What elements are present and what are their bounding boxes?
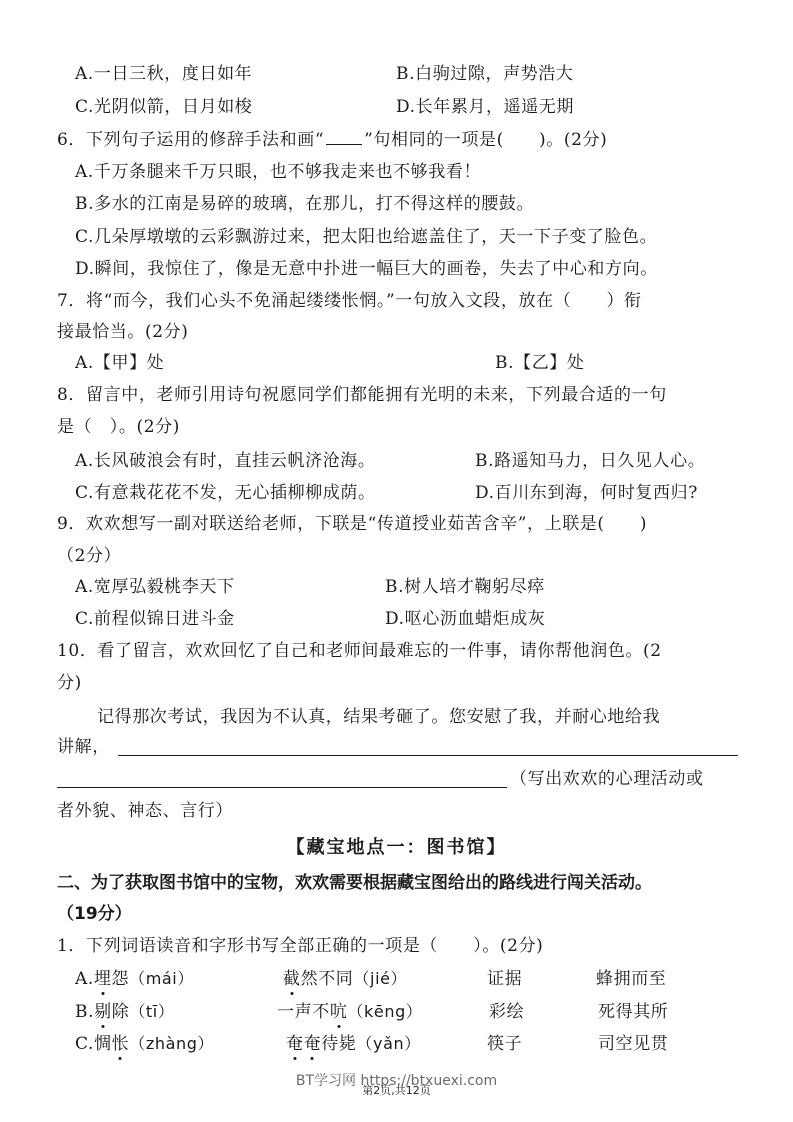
q5-option-c: C.光阴似箭，日月如梭 bbox=[75, 96, 252, 118]
q6-stem-after: ”句相同的一项是( )。(2分) bbox=[364, 130, 607, 150]
word-text: 除 bbox=[112, 1002, 130, 1022]
q5-option-d: D.长年累月，遥遥无期 bbox=[396, 96, 574, 118]
q6-option-a: A.千万条腿来千万只眼，也不够我走来也不够我看！ bbox=[75, 161, 481, 183]
q9-option-a: A.宽厚弘毅桃李天下 bbox=[75, 576, 235, 598]
q10-passage-line1: 记得那次考试，我因为不认真，结果考砸了。您安慰了我，并耐心地给我 bbox=[97, 706, 660, 728]
q9-stem-line2: （2分） bbox=[57, 545, 121, 567]
q6-option-c: C.几朵厚墩墩的云彩飘游过来，把太阳也给遮盖住了，天一下子变了脸色。 bbox=[75, 226, 657, 248]
q6-option-b: B.多水的江南是易碎的玻璃，在那儿，打不得这样的腰鼓。 bbox=[75, 193, 534, 215]
dotted-char: 剔 bbox=[94, 1001, 112, 1023]
section-heading-line2: （19分） bbox=[57, 903, 132, 925]
pinyin: （tī） bbox=[129, 1002, 174, 1021]
q9-stem-line1: 9．欢欢想写一副对联送给老师，下联是“传道授业茹苦含辛”，上联是( ) bbox=[57, 513, 647, 535]
s2q1-row-b-word1: B.剔除（tī） bbox=[75, 1001, 174, 1023]
q7-stem-line1: 7．将“而今，我们心头不免涌起缕缕怅惘。”一句放入文段，放在（ ）衔 bbox=[57, 290, 642, 312]
q8-stem-line1: 8．留言中，老师引用诗句祝愿同学们都能拥有光明的未来，下列最合适的一句 bbox=[57, 384, 667, 406]
s2q1-row-c-word2: 奄奄待毙（yǎn） bbox=[286, 1033, 421, 1055]
q8-option-c: C.有意栽花花不发，无心插柳柳成荫。 bbox=[75, 482, 376, 504]
s2q1-row-b-word4: 死得其所 bbox=[598, 1001, 668, 1023]
q8-option-b: B.路遥知马力，日久见人心。 bbox=[475, 450, 705, 472]
q8-stem-line2: 是（ ）。(2分) bbox=[57, 416, 180, 438]
option-label: A. bbox=[75, 969, 94, 989]
q10-stem-line1: 10．看了留言，欢欢回忆了自己和老师间最难忘的一件事，请你帮他润色。(2 bbox=[57, 640, 662, 662]
q7-stem-line2: 接最恰当。(2分) bbox=[57, 321, 188, 343]
dotted-char: 吭 bbox=[330, 1001, 348, 1023]
s2q1-row-c-word3: 筷子 bbox=[487, 1033, 522, 1055]
dotted-char: 截 bbox=[283, 968, 301, 990]
answer-blank-line-1[interactable] bbox=[118, 755, 738, 756]
dotted-char: 奄 bbox=[304, 1033, 322, 1055]
q8-option-a: A.长风破浪会有时，直挂云帆济沧海。 bbox=[75, 450, 375, 472]
q6-stem-before: 6．下列句子运用的修辞手法和画“ bbox=[57, 130, 324, 150]
section-title: 【藏宝地点一：图书馆】 bbox=[0, 836, 793, 860]
s2q1-stem: 1．下列词语读音和字形书写全部正确的一项是（ ）。(2分) bbox=[57, 935, 543, 957]
q9-option-d: D.呕心沥血蜡炬成灰 bbox=[385, 608, 545, 630]
q7-option-b: B.【乙】处 bbox=[495, 352, 585, 374]
q6-stem: 6．下列句子运用的修辞手法和画“”句相同的一项是( )。(2分) bbox=[57, 129, 607, 151]
s2q1-row-a-word2: 截然不同（jié） bbox=[283, 968, 407, 990]
s2q1-row-a-word1: A.埋怨（mái） bbox=[75, 968, 194, 990]
word-text: 待毙 bbox=[321, 1034, 356, 1054]
word-text: 然不同 bbox=[301, 969, 354, 989]
q10-stem-line2: 分) bbox=[57, 672, 82, 694]
q9-option-c: C.前程似锦日进斗金 bbox=[75, 608, 235, 630]
page-number: 第2页,共12页 bbox=[0, 1082, 793, 1098]
dotted-char: 埋 bbox=[94, 968, 112, 990]
underline-blank bbox=[326, 130, 362, 145]
q7-option-a: A.【甲】处 bbox=[75, 352, 164, 374]
option-label: B. bbox=[75, 1002, 94, 1022]
s2q1-row-b-word3: 彩绘 bbox=[489, 1001, 524, 1023]
q10-passage-line2-prefix: 讲解， bbox=[57, 736, 110, 758]
q10-hint-line4: 者外貌、神态、言行） bbox=[57, 800, 233, 822]
q9-option-b: B.树人培才鞠躬尽瘁 bbox=[385, 576, 545, 598]
section-heading-line1: 二、为了获取图书馆中的宝物，欢欢需要根据藏宝图给出的路线进行闯关活动。 bbox=[57, 872, 652, 894]
word-text: 怨 bbox=[112, 969, 130, 989]
s2q1-row-a-word3: 证据 bbox=[487, 968, 522, 990]
pinyin: （kēng） bbox=[347, 1002, 422, 1021]
s2q1-row-c-word4: 司空见贯 bbox=[598, 1033, 668, 1055]
s2q1-row-c-word1: C.惆怅（zhàng） bbox=[75, 1033, 214, 1055]
answer-blank-line-2[interactable] bbox=[57, 787, 507, 788]
pinyin: （mái） bbox=[129, 969, 194, 988]
option-label: C. bbox=[75, 1034, 94, 1054]
q5-option-b: B.白驹过隙，声势浩大 bbox=[396, 63, 574, 85]
q8-option-d: D.百川东到海，何时复西归? bbox=[475, 482, 698, 504]
pinyin: （yǎn） bbox=[356, 1034, 420, 1053]
dotted-char: 怅 bbox=[112, 1033, 130, 1055]
q6-option-d: D.瞬间，我惊住了，像是无意中扑进一幅巨大的画卷，失去了中心和方向。 bbox=[75, 258, 658, 280]
q5-option-a: A.一日三秋，度日如年 bbox=[75, 63, 252, 85]
word-text: 惆 bbox=[94, 1034, 112, 1054]
word-text: 一声不 bbox=[277, 1002, 330, 1022]
pinyin: （zhàng） bbox=[129, 1034, 214, 1053]
pinyin: （jié） bbox=[353, 969, 407, 988]
dotted-char: 奄 bbox=[286, 1033, 304, 1055]
s2q1-row-a-word4: 蜂拥而至 bbox=[596, 968, 666, 990]
s2q1-row-b-word2: 一声不吭（kēng） bbox=[277, 1001, 422, 1023]
q10-hint-line3: （写出欢欢的心理活动或 bbox=[510, 768, 704, 790]
